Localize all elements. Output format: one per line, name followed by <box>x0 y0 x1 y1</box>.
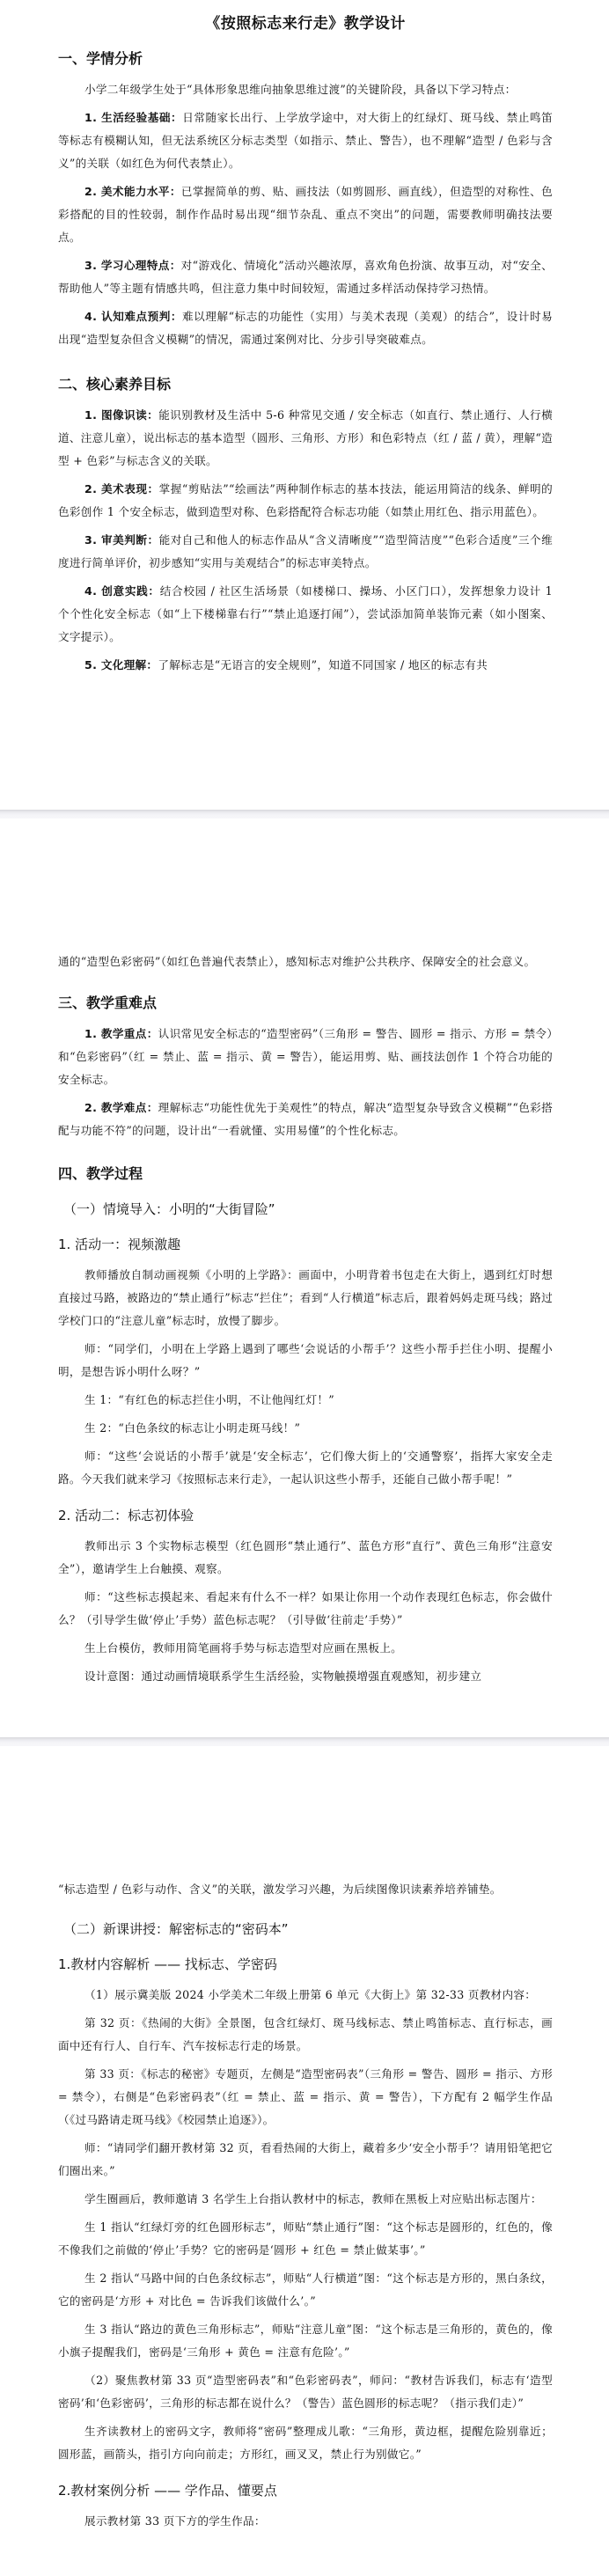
paragraph: 生 1：“有红色的标志拦住小明，不让他闯红灯！” <box>58 1389 553 1412</box>
paragraph: 教师播放自制动画视频《小明的上学路》：画面中，小明背着书包走在大街上，遇到红灯时… <box>58 1264 553 1332</box>
list-item: 1. 教学重点：认识常见安全标志的“造型密码”（三角形 = 警告、圆形 = 指示… <box>58 1023 553 1091</box>
list-item: 5. 文化理解：了解标志是“无语言的安全规则”，知道不同国家 / 地区的标志有共 <box>58 654 553 677</box>
sub-heading-2: 2.教材案例分析 —— 学作品、懂要点 <box>58 2480 553 2501</box>
list-item: 1. 生活经验基础：日常随家长出行、上学放学途中，对大街上的红绿灯、斑马线、禁止… <box>58 106 553 175</box>
item-label: 1. 生活经验基础： <box>84 111 182 124</box>
item-label: 1. 图像识读： <box>84 408 158 422</box>
item-label: 3. 学习心理特点： <box>84 259 181 272</box>
list-item: 2. 美术表现：掌握“剪贴法”“绘画法”两种制作标志的基本技法，能运用简洁的线条… <box>58 478 553 524</box>
paragraph: 生 3 指认“路边的黄色三角形标志”，师贴“注意儿童”图：“这个标志是三角形的，… <box>58 2318 553 2364</box>
item-label: 3. 审美判断： <box>84 533 159 547</box>
paragraph: 生上台模仿，教师用简笔画将手势与标志造型对应画在黑板上。 <box>58 1637 553 1660</box>
document-page-1: 《按照标志来行走》教学设计 一、学情分析 小学二年级学生处于“具体形象思维向抽象… <box>0 0 609 810</box>
paragraph: 生齐读教材上的密码文字，教师将“密码”整理成儿歌：“三角形，黄边框，提醒危险别靠… <box>58 2420 553 2466</box>
paragraph: 展示教材第 33 页下方的学生作品： <box>58 2510 553 2533</box>
list-item: 3. 审美判断：能对自己和他人的标志作品从“含义清晰度”“造型简洁度”“色彩合适… <box>58 529 553 575</box>
section-heading-student-analysis: 一、学情分析 <box>58 48 553 70</box>
paragraph: 学生圈画后，教师邀请 3 名学生上台指认教材中的标志，教师在黑板上对应贴出标志图… <box>58 2188 553 2211</box>
activity-heading-2: 2. 活动二：标志初体验 <box>58 1505 553 1526</box>
paragraph: 师：“这些标志摸起来、看起来有什么不一样？如果让你用一个动作表现红色标志，你会做… <box>58 1586 553 1632</box>
design-intent: 设计意图：通过动画情境联系学生生活经验，实物触摸增强直观感知，初步建立 <box>58 1665 553 1688</box>
document-title: 《按照标志来行走》教学设计 <box>58 11 553 33</box>
page-separator <box>0 1737 609 1746</box>
paragraph: 生 2：“白色条纹的标志让小明走斑马线！” <box>58 1417 553 1440</box>
item-label: 5. 文化理解： <box>84 658 158 672</box>
item-label: 2. 教学难点： <box>84 1101 158 1114</box>
list-item: 1. 图像识读：能识别教材及生活中 5-6 种常见交通 / 安全标志（如直行、禁… <box>58 404 553 473</box>
list-item: 4. 认知难点预判：难以理解“标志的功能性（实用）与美术表现（美观）的结合”，设… <box>58 305 553 351</box>
paragraph: 教师出示 3 个实物标志模型（红色圆形“禁止通行”、蓝色方形“直行”、黄色三角形… <box>58 1535 553 1581</box>
item-label: 1. 教学重点： <box>84 1027 158 1040</box>
section-heading-key-points: 三、教学重难点 <box>58 993 553 1014</box>
activity-heading-1: 1. 活动一：视频激趣 <box>58 1234 553 1255</box>
paragraph: 师：“同学们，小明在上学路上遇到了哪些‘会说话的小帮手’？这些小帮手拦住小明、提… <box>58 1338 553 1383</box>
list-item: 3. 学习心理特点：对“游戏化、情境化”活动兴趣浓厚，喜欢角色扮演、故事互动，对… <box>58 254 553 300</box>
item-label: 2. 美术表现： <box>84 482 159 495</box>
paragraph-continuation: “标志造型 / 色彩与动作、含义”的关联，激发学习兴趣，为后续图像识读素养培养铺… <box>58 1878 553 1901</box>
list-item: 2. 教学难点：理解标志“功能性优先于美观性”的特点，解决“造型复杂导致含义模糊… <box>58 1097 553 1142</box>
paragraph: （1）展示冀美版 2024 小学美术二年级上册第 6 单元《大街上》第 32-3… <box>58 1984 553 2007</box>
paragraph: （2）聚焦教材第 33 页“造型密码表”和“色彩密码表”，师问：“教材告诉我们，… <box>58 2369 553 2415</box>
item-label: 4. 创意实践： <box>84 584 160 598</box>
paragraph: 生 2 指认“马路中间的白色条纹标志”，师贴“人行横道”图：“这个标志是方形的，… <box>58 2267 553 2313</box>
document-page-3: “标志造型 / 色彩与动作、含义”的关联，激发学习兴趣，为后续图像识读素养培养铺… <box>0 1746 609 2576</box>
item-label: 2. 美术能力水平： <box>84 185 181 198</box>
item-text: 了解标志是“无语言的安全规则”，知道不同国家 / 地区的标志有共 <box>158 658 488 672</box>
sub-heading-1: 1.教材内容解析 —— 找标志、学密码 <box>58 1954 553 1975</box>
page-separator <box>0 810 609 818</box>
paragraph: 生 1 指认“红绿灯旁的红色圆形标志”，师贴“禁止通行”图：“这个标志是圆形的，… <box>58 2216 553 2262</box>
paragraph: 小学二年级学生处于“具体形象思维向抽象思维过渡”的关键阶段，具备以下学习特点： <box>58 78 553 101</box>
paragraph-continuation: 通的“造型色彩密码”（如红色普遍代表禁止），感知标志对维护公共秩序、保障安全的社… <box>58 950 553 973</box>
paragraph: 师：“这些‘会说话的小帮手’就是‘安全标志’，它们像大街上的‘交通警察’，指挥大… <box>58 1445 553 1491</box>
section-heading-teaching-process: 四、教学过程 <box>58 1163 553 1185</box>
list-item: 4. 创意实践：结合校园 / 社区生活场景（如楼梯口、操场、小区门口），发挥想象… <box>58 580 553 649</box>
subsection-heading-intro: （一）情境导入：小明的“大街冒险” <box>63 1199 553 1220</box>
paragraph: 第 32 页：《热闹的大街》全景图，包含红绿灯、斑马线标志、禁止鸣笛标志、直行标… <box>58 2012 553 2058</box>
document-page-2: 通的“造型色彩密码”（如红色普遍代表禁止），感知标志对维护公共秩序、保障安全的社… <box>0 818 609 1737</box>
item-label: 4. 认知难点预判： <box>84 310 182 323</box>
paragraph: 第 33 页：《标志的秘密》专题页，左侧是“造型密码表”（三角形 = 警告、圆形… <box>58 2063 553 2132</box>
section-heading-core-goals: 二、核心素养目标 <box>58 374 553 395</box>
paragraph: 师：“请同学们翻开教材第 32 页，看看热闹的大街上，藏着多少‘安全小帮手’？请… <box>58 2137 553 2183</box>
list-item: 2. 美术能力水平：已掌握简单的剪、贴、画技法（如剪圆形、画直线），但造型的对称… <box>58 180 553 249</box>
subsection-heading-new-lesson: （二）新课讲授：解密标志的“密码本” <box>63 1919 553 1940</box>
